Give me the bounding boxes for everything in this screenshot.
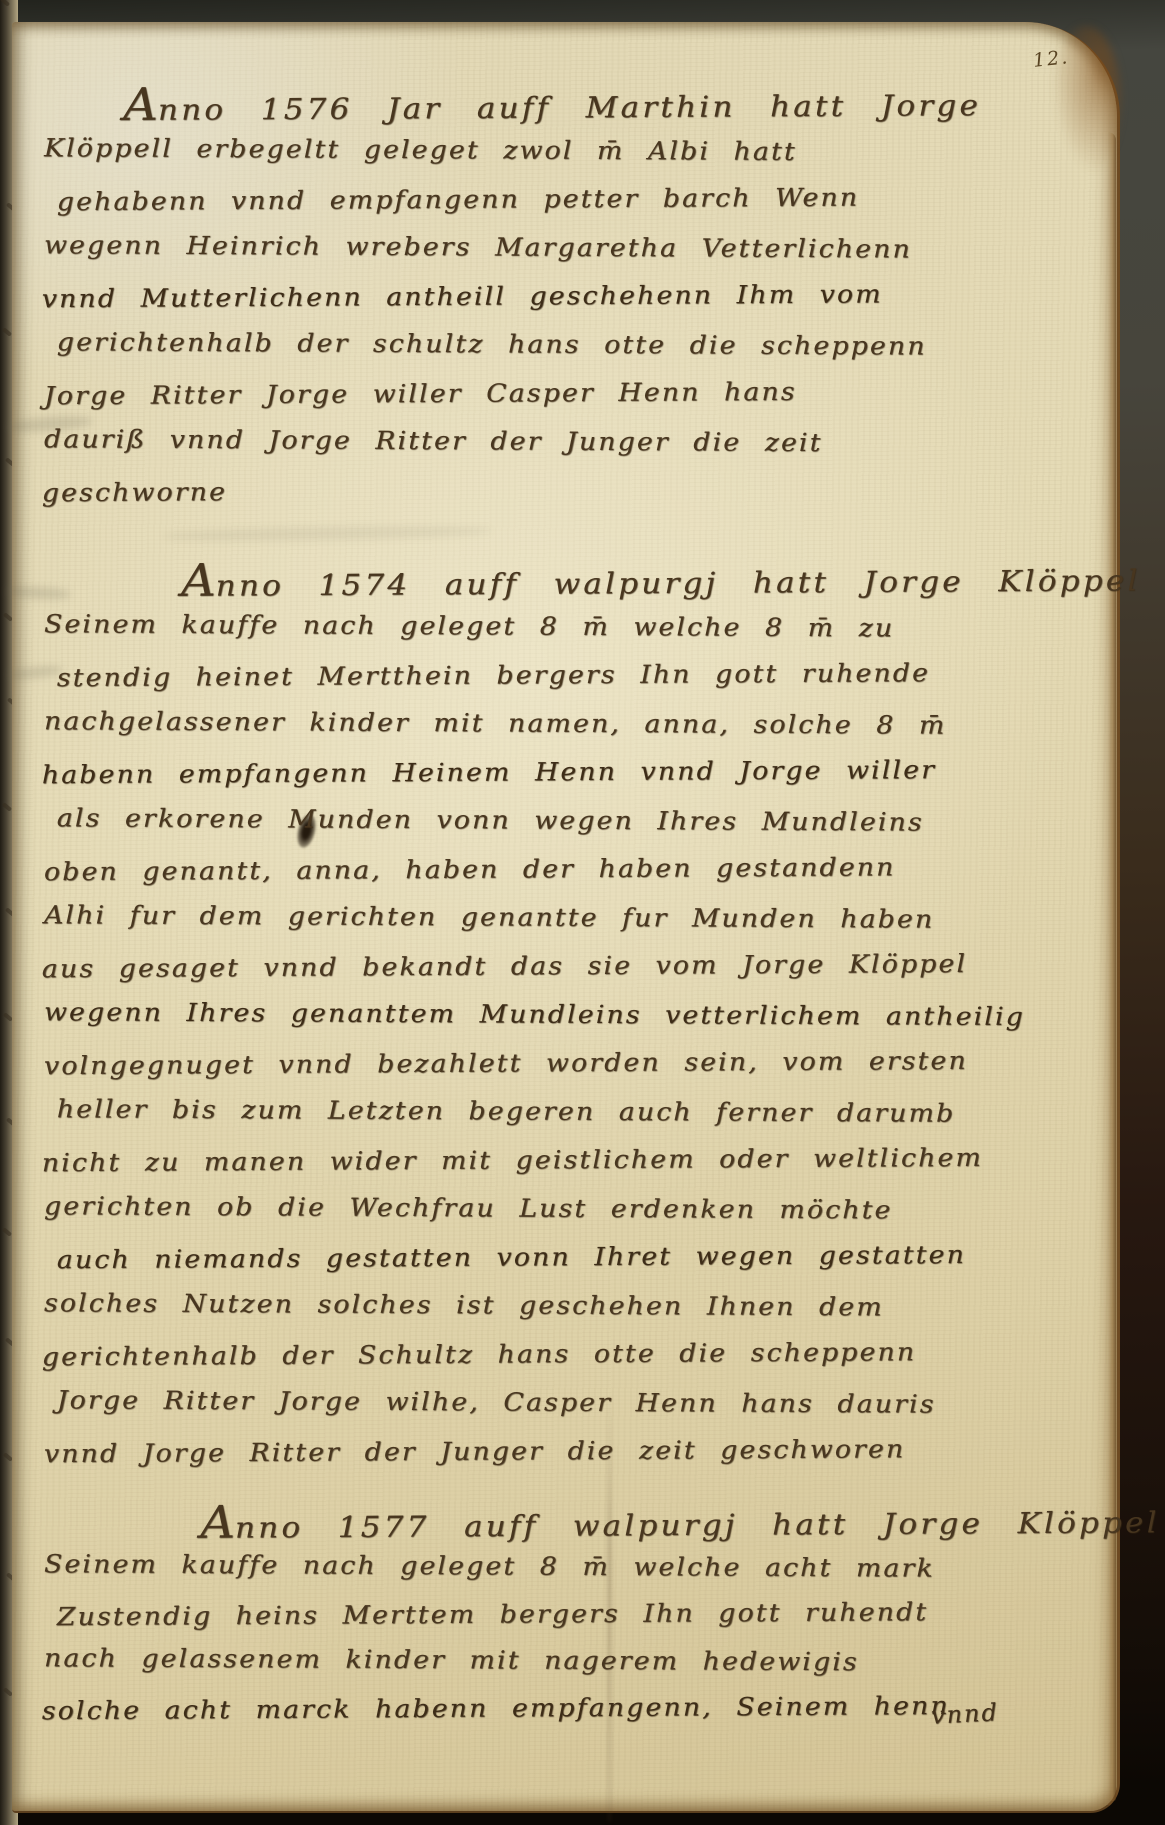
manuscript-line: nach gelassenem kinder mit nagerem hedew… <box>44 1634 1165 1687</box>
manuscript-line: auch niemands gestatten vonn Ihret wegen… <box>57 1230 1165 1285</box>
manuscript-line: geschworne <box>42 463 1165 518</box>
entry-anno-1574: Anno 1574 auff walpurgj hatt Jorge Klöpp… <box>44 554 1165 1476</box>
manuscript-line: gerichtenhalb der Schultz hans otte die … <box>42 1327 1165 1382</box>
manuscript-line: Seinem kauffe nach geleget 8 m̄ welche 8… <box>44 600 1165 654</box>
manuscript-line: nicht zu manen wider mit geistlichem ode… <box>42 1133 1165 1188</box>
manuscript-line: Anno 1574 auff walpurgj hatt Jorge Klöpp… <box>181 551 1165 605</box>
manuscript-line: Jorge Ritter Jorge wilhe, Casper Henn ha… <box>57 1376 1165 1430</box>
manuscript-line: vnnd Jorge Ritter der Junger die zeit ge… <box>44 1424 1165 1479</box>
manuscript-line: Klöppell erbegeltt geleget zwol m̄ Albi … <box>44 124 1165 178</box>
manuscript-line: vnnd Mutterlichenn antheill geschehenn I… <box>42 269 1165 324</box>
manuscript-scan: 12. Anno 1576 Jar auff Marthin hatt Jorg… <box>0 0 1165 1825</box>
manuscript-line: Anno 1577 auff walpurgj hatt Jorge Klöpp… <box>200 1493 1165 1546</box>
manuscript-line: wegenn Heinrich wrebers Margaretha Vette… <box>44 221 1165 275</box>
manuscript-line: als erkorene Munden vonn wegen Ihres Mun… <box>57 794 1165 848</box>
manuscript-line: nachgelassener kinder mit namen, anna, s… <box>44 697 1165 751</box>
catchword: vnnd <box>930 1698 999 1730</box>
manuscript-line: Zustendig heins Merttem bergers Ihn gott… <box>57 1587 1165 1640</box>
handwritten-text: Anno 1576 Jar auff Marthin hatt Jorge Kl… <box>44 22 1165 1811</box>
manuscript-line: stendig heinet Mertthein bergers Ihn got… <box>57 648 1165 703</box>
manuscript-line: Seinem kauffe nach geleget 8 m̄ welche a… <box>44 1540 1165 1593</box>
manuscript-page: 12. Anno 1576 Jar auff Marthin hatt Jorg… <box>12 22 1120 1813</box>
manuscript-line: Anno 1576 Jar auff Marthin hatt Jorge <box>123 75 1165 129</box>
manuscript-line: habenn empfangenn Heinem Henn vnnd Jorge… <box>42 745 1165 800</box>
manuscript-line: Jorge Ritter Jorge willer Casper Henn ha… <box>44 366 1165 421</box>
manuscript-line: aus gesaget vnnd bekandt das sie vom Jor… <box>42 939 1165 994</box>
manuscript-line: heller bis zum Letzten begeren auch fern… <box>57 1085 1165 1139</box>
manuscript-line: Alhi fur dem gerichten genantte fur Mund… <box>44 891 1165 945</box>
manuscript-line: gerichten ob die Wechfrau Lust erdenken … <box>44 1182 1165 1236</box>
manuscript-line: solches Nutzen solches ist geschehen Ihn… <box>44 1279 1165 1333</box>
manuscript-line: dauriß vnnd Jorge Ritter der Junger die … <box>44 415 1165 469</box>
manuscript-line: gerichtenhalb der schultz hans otte die … <box>57 318 1165 372</box>
entry-anno-1576: Anno 1576 Jar auff Marthin hatt Jorge Kl… <box>44 78 1165 515</box>
manuscript-line: gehabenn vnnd empfangenn petter barch We… <box>57 172 1165 227</box>
manuscript-line: wegenn Ihres genanttem Mundleins vetterl… <box>44 988 1165 1042</box>
entry-anno-1577: Anno 1577 auff walpurgj hatt Jorge Klöpp… <box>44 1496 1165 1731</box>
manuscript-line: volngegnuget vnnd bezahlett worden sein,… <box>44 1036 1165 1091</box>
manuscript-line: oben genantt, anna, haben der haben gest… <box>44 842 1165 897</box>
